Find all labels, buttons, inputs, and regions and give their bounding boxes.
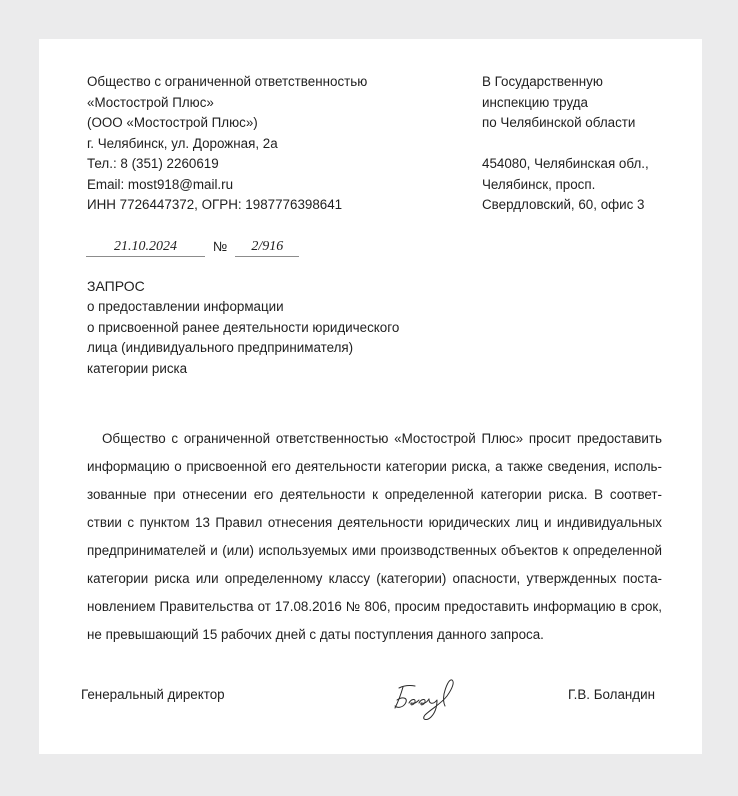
sender-line: ИНН 7726447372, ОГРН: 1987776398641	[87, 195, 367, 216]
signer-position: Генеральный директор	[81, 687, 225, 702]
body-line: предпринимателей и (или) используемых им…	[87, 537, 662, 565]
body-line: зованные при отнесении его деятельности …	[87, 481, 662, 509]
registration-date: 21.10.2024	[86, 238, 205, 257]
recipient-name-line: по Челябинской области	[482, 113, 649, 134]
registration-line: 21.10.2024 № 2/916	[86, 235, 299, 257]
subject-line: лица (индивидуального предпринимателя)	[87, 338, 399, 359]
subject-line: о предоставлении информации	[87, 297, 399, 318]
recipient-address-line: Челябинск, просп.	[482, 175, 649, 196]
letter-page: Общество с ограниченной ответственностью…	[39, 39, 702, 754]
recipient-block: В Государственную инспекцию труда по Чел…	[482, 72, 649, 216]
subject-block: ЗАПРОС о предоставлении информации о при…	[87, 276, 399, 380]
sender-block: Общество с ограниченной ответственностью…	[87, 72, 367, 216]
recipient-address-line: 454080, Челябинская обл.,	[482, 154, 649, 175]
sender-line: «Мостострой Плюс»	[87, 93, 367, 114]
sender-line: Тел.: 8 (351) 2260619	[87, 154, 367, 175]
sender-line: Общество с ограниченной ответственностью	[87, 72, 367, 93]
recipient-address-line: Свердловский, 60, офис 3	[482, 195, 649, 216]
body-paragraph: Общество с ограниченной ответственностью…	[87, 425, 662, 649]
body-line: не превышающий 15 рабочих дней с даты по…	[87, 621, 662, 649]
spacer	[482, 134, 649, 155]
body-line: новлением Правительства от 17.08.2016 № …	[87, 593, 662, 621]
sender-line: Email: most918@mail.ru	[87, 175, 367, 196]
recipient-name-line: В Государственную	[482, 72, 649, 93]
signer-name: Г.В. Боландин	[568, 687, 655, 702]
subject-line: о присвоенной ранее деятельности юридиче…	[87, 318, 399, 339]
recipient-name-line: инспекцию труда	[482, 93, 649, 114]
number-sign: №	[213, 238, 227, 257]
body-line: информацию о присвоенной его деятельност…	[87, 453, 662, 481]
body-line: Общество с ограниченной ответственностью…	[87, 425, 662, 453]
sender-line: г. Челябинск, ул. Дорожная, 2а	[87, 134, 367, 155]
body-line: ствии с пунктом 13 Правил отнесения деят…	[87, 509, 662, 537]
handwritten-signature-icon	[389, 674, 469, 722]
subject-line: категории риска	[87, 359, 399, 380]
sender-line: (ООО «Мостострой Плюс»)	[87, 113, 367, 134]
registration-number: 2/916	[235, 238, 299, 257]
subject-title: ЗАПРОС	[87, 276, 399, 297]
body-line: категории риска или определенному классу…	[87, 565, 662, 593]
